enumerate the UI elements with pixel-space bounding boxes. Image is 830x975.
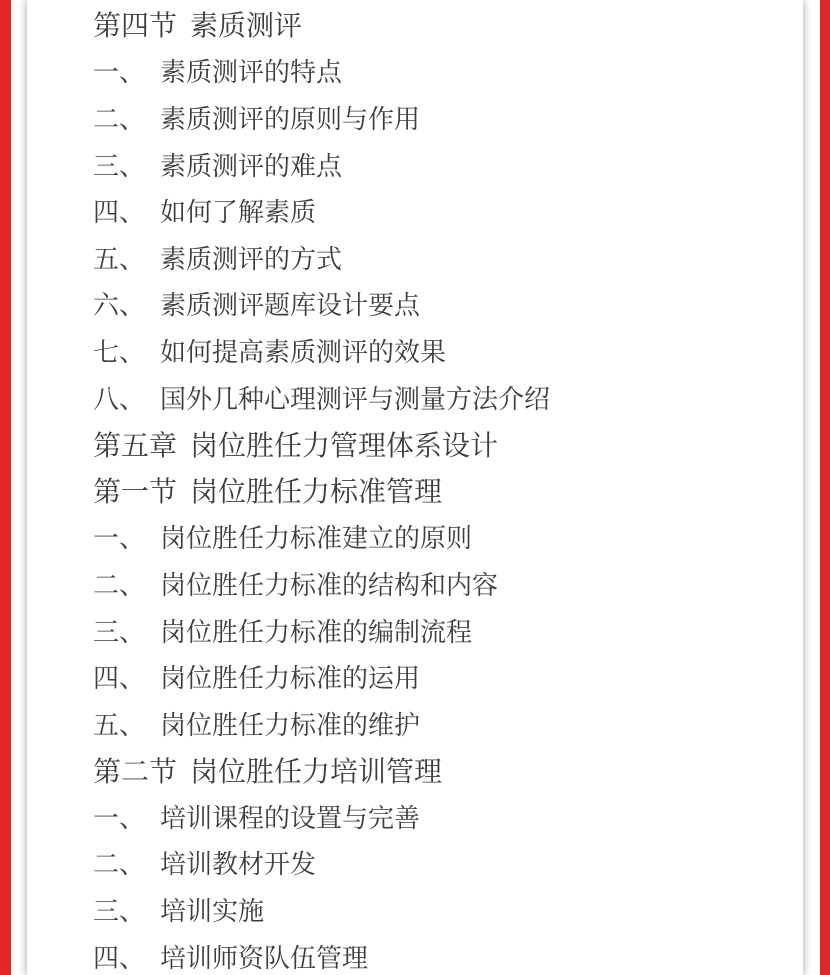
toc-item: 一、培训课程的设置与完善: [93, 793, 773, 840]
toc-section-heading: 第四节素质测评: [93, 1, 773, 48]
toc-line-title: 岗位胜任力标准建立的原则: [160, 518, 472, 555]
left-red-border: [0, 0, 11, 975]
toc-line-title: 素质测评的特点: [160, 52, 342, 89]
toc-line-title: 素质测评的原则与作用: [160, 99, 420, 136]
toc-line-title: 培训课程的设置与完善: [160, 798, 420, 835]
toc-line-title: 培训实施: [160, 891, 264, 928]
toc-item: 八、国外几种心理测评与测量方法介绍: [93, 374, 773, 421]
toc-line-title: 素质测评题库设计要点: [160, 285, 420, 322]
toc-item: 四、岗位胜任力标准的运用: [93, 653, 773, 700]
toc-line-number: 二、: [93, 844, 160, 881]
toc-line-number: 第五章: [93, 424, 177, 464]
toc-item: 五、岗位胜任力标准的维护: [93, 700, 773, 747]
toc-line-title: 如何提高素质测评的效果: [160, 332, 446, 369]
toc-line-title: 岗位胜任力标准管理: [190, 470, 442, 510]
toc-line-title: 素质测评的方式: [160, 239, 342, 276]
toc-line-number: 三、: [93, 612, 160, 649]
toc-item: 一、岗位胜任力标准建立的原则: [93, 514, 773, 561]
toc-line-title: 素质测评: [190, 4, 302, 44]
toc-line-number: 一、: [93, 518, 160, 555]
toc-line-title: 培训教材开发: [160, 844, 316, 881]
toc-line-number: 八、: [93, 379, 160, 416]
toc-item: 一、素质测评的特点: [93, 48, 773, 95]
toc-item: 三、岗位胜任力标准的编制流程: [93, 607, 773, 654]
toc-line-title: 岗位胜任力标准的运用: [160, 658, 420, 695]
toc-line-number: 一、: [93, 798, 160, 835]
toc-line-number: 一、: [93, 52, 160, 89]
toc-line-number: 三、: [93, 891, 160, 928]
toc-line-number: 二、: [93, 565, 160, 602]
toc-line-title: 岗位胜任力管理体系设计: [190, 424, 498, 464]
toc-item: 六、素质测评题库设计要点: [93, 281, 773, 328]
toc-line-number: 六、: [93, 285, 160, 322]
toc-line-title: 岗位胜任力培训管理: [190, 750, 442, 790]
toc-line-title: 国外几种心理测评与测量方法介绍: [160, 379, 550, 416]
document-page: 第四节素质测评一、素质测评的特点二、素质测评的原则与作用三、素质测评的难点四、如…: [27, 0, 803, 975]
toc-item: 三、素质测评的难点: [93, 141, 773, 188]
toc-line-title: 岗位胜任力标准的维护: [160, 705, 420, 742]
toc-item: 三、培训实施: [93, 886, 773, 933]
toc-line-number: 三、: [93, 146, 160, 183]
toc-section-heading: 第一节岗位胜任力标准管理: [93, 467, 773, 514]
toc-item: 五、素质测评的方式: [93, 234, 773, 281]
table-of-contents: 第四节素质测评一、素质测评的特点二、素质测评的原则与作用三、素质测评的难点四、如…: [27, 0, 803, 975]
toc-line-title: 如何了解素质: [160, 192, 316, 229]
toc-line-number: 七、: [93, 332, 160, 369]
toc-item: 二、岗位胜任力标准的结构和内容: [93, 560, 773, 607]
toc-section-heading: 第二节岗位胜任力培训管理: [93, 747, 773, 794]
toc-item: 四、如何了解素质: [93, 187, 773, 234]
toc-item: 二、培训教材开发: [93, 840, 773, 887]
toc-line-number: 四、: [93, 192, 160, 229]
toc-line-number: 第一节: [93, 470, 177, 510]
toc-item: 四、培训师资队伍管理: [93, 933, 773, 975]
toc-line-number: 四、: [93, 938, 160, 975]
right-red-border: [820, 0, 830, 975]
toc-line-number: 五、: [93, 239, 160, 276]
toc-line-number: 二、: [93, 99, 160, 136]
toc-line-number: 四、: [93, 658, 160, 695]
toc-line-title: 岗位胜任力标准的编制流程: [160, 612, 472, 649]
toc-item: 七、如何提高素质测评的效果: [93, 327, 773, 374]
toc-line-number: 五、: [93, 705, 160, 742]
toc-line-number: 第二节: [93, 750, 177, 790]
toc-item: 二、素质测评的原则与作用: [93, 94, 773, 141]
toc-section-heading: 第五章岗位胜任力管理体系设计: [93, 420, 773, 467]
toc-line-title: 素质测评的难点: [160, 146, 342, 183]
toc-line-number: 第四节: [93, 4, 177, 44]
toc-line-title: 岗位胜任力标准的结构和内容: [160, 565, 498, 602]
toc-line-title: 培训师资队伍管理: [160, 938, 368, 975]
